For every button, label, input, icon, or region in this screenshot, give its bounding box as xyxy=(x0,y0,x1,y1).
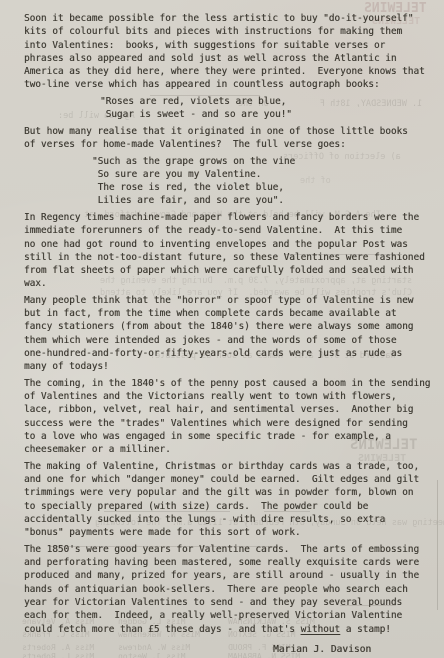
scanned-typewritten-page: TELEWINSTELEWINS1. WEDNESDAY, 18th F On … xyxy=(0,0,444,658)
paragraph-7-last-line: could fetch more than £5 these days - an… xyxy=(24,623,436,636)
paragraph-4: Many people think that the "horror" or s… xyxy=(24,294,436,374)
verse-quote-2: "Such as the grape grows on the vine So … xyxy=(92,155,436,208)
verse-quote-1: "Roses are red, violets are blue, Sugar … xyxy=(100,95,436,122)
underlined-word-without: without xyxy=(301,624,341,635)
paragraph-3: In Regency times machine-made paper flow… xyxy=(24,211,436,291)
paragraph-6: The making of Valentine, Christmas or bi… xyxy=(24,460,436,540)
last-line-post: a stamp! xyxy=(340,624,391,635)
paragraph-7: The 1850's were good years for Valentine… xyxy=(24,543,436,623)
last-line-pre: could fetch more than £5 these days - an… xyxy=(24,624,301,635)
paragraph-5: The coming, in the 1840's of the penny p… xyxy=(24,377,436,457)
paragraph-1: Soon it became possible for the less art… xyxy=(24,12,436,92)
signature: Marian J. Davison xyxy=(273,643,436,656)
paragraph-2: But how many realise that it originated … xyxy=(24,125,436,152)
document-body: Soon it became possible for the less art… xyxy=(0,0,444,658)
